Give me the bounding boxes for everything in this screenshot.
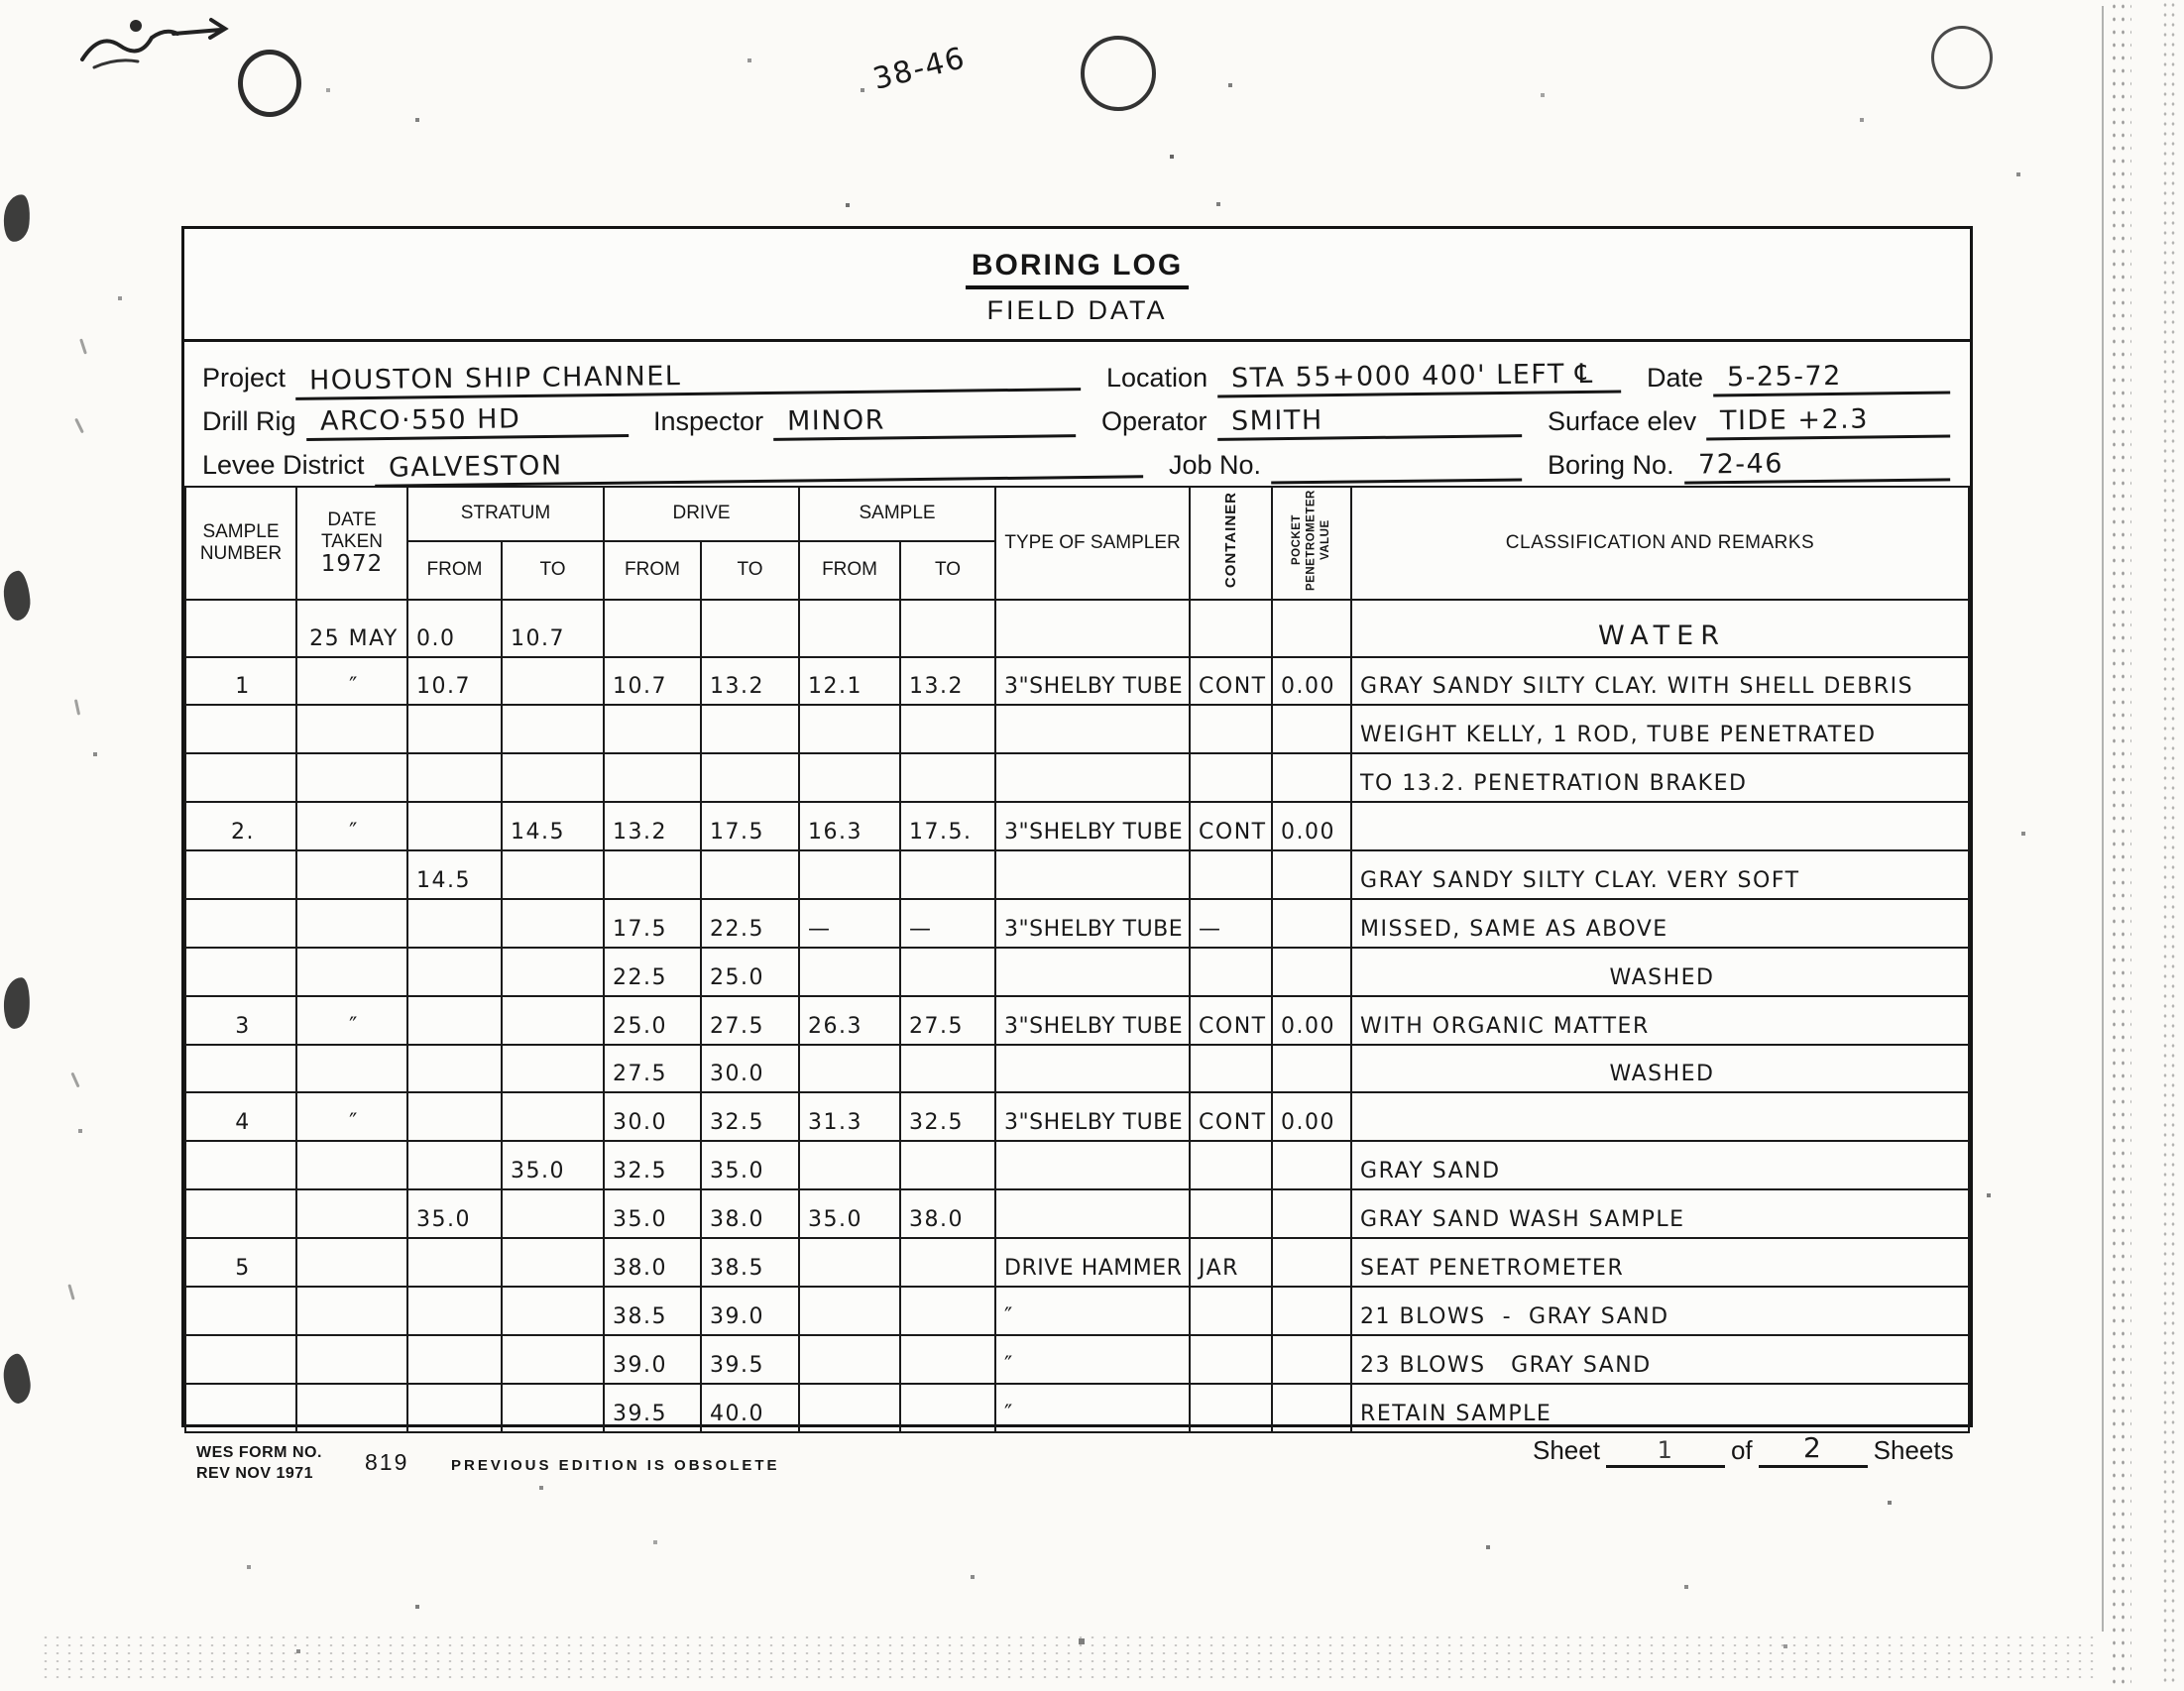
wes-form-no-line1: WES FORM NO.: [196, 1443, 322, 1464]
cell-sample-from: 26.3: [799, 996, 900, 1045]
cell-sample-from: [799, 705, 900, 753]
cell-container: CONT: [1190, 1092, 1272, 1141]
cell-date-taken: [296, 1238, 407, 1287]
cell-drive-to: 39.0: [701, 1287, 799, 1335]
cell-penetrometer-value: [1272, 1287, 1351, 1335]
cell-sample-to: 38.0: [900, 1189, 995, 1238]
cell-penetrometer-value: [1272, 600, 1351, 657]
operator-label: Operator: [1101, 406, 1217, 439]
boring-no-value: 72-46: [1683, 447, 1950, 484]
cell-stratum-to: [502, 705, 604, 753]
cell-stratum-to: 35.0: [502, 1141, 604, 1189]
cell-drive-to: 27.5: [701, 996, 799, 1045]
cell-stratum-to: [502, 1045, 604, 1093]
cell-sampler-type: ″: [995, 1384, 1190, 1432]
hole-punch-ring: [238, 50, 301, 117]
location-label: Location: [1106, 363, 1217, 395]
cell-sample-number: 3: [185, 996, 296, 1045]
cell-container: [1190, 600, 1272, 657]
cell-sample-from: —: [799, 899, 900, 948]
cell-penetrometer-value: 0.00: [1272, 996, 1351, 1045]
cell-sample-to: 13.2: [900, 657, 995, 706]
cell-stratum-to: [502, 899, 604, 948]
title-block: BORING LOG FIELD DATA: [184, 229, 1970, 342]
cell-container: [1190, 705, 1272, 753]
cell-sample-to: [900, 850, 995, 899]
header-stratum: STRATUM: [407, 487, 604, 541]
cell-date-taken: [296, 705, 407, 753]
header-container: CONTAINER: [1190, 487, 1272, 600]
cell-sample-number: [185, 600, 296, 657]
cell-container: [1190, 1335, 1272, 1384]
cell-penetrometer-value: [1272, 1384, 1351, 1432]
cell-sampler-type: DRIVE HAMMER: [995, 1238, 1190, 1287]
cell-drive-to: 30.0: [701, 1045, 799, 1093]
cell-penetrometer-value: [1272, 850, 1351, 899]
levee-district-field: Levee District GALVESTON: [202, 449, 1169, 483]
date-taken-label: DATE TAKEN: [321, 509, 383, 552]
cell-remarks: MISSED, SAME AS ABOVE: [1351, 899, 1969, 948]
scanned-boring-log-page: { "page": { "corner_note": "38-46" }, "f…: [0, 0, 2184, 1691]
cell-date-taken: [296, 1287, 407, 1335]
cell-penetrometer-value: [1272, 705, 1351, 753]
pocket-penetrometer-label: POCKET PENETROMETER VALUE: [1290, 489, 1332, 592]
handwritten-corner-note: 38-46: [869, 41, 969, 97]
margin-mark: [67, 1284, 74, 1299]
cell-date-taken: [296, 1335, 407, 1384]
job-no-field: Job No.: [1169, 449, 1548, 483]
cell-container: CONT: [1190, 657, 1272, 706]
cell-sampler-type: [995, 850, 1190, 899]
cell-sampler-type: ″: [995, 1287, 1190, 1335]
margin-mark: [74, 418, 84, 434]
header-stratum-from: FROM: [407, 541, 502, 600]
cell-stratum-to: [502, 1092, 604, 1141]
cell-drive-to: 32.5: [701, 1092, 799, 1141]
cell-stratum-from: [407, 753, 502, 802]
cell-sampler-type: [995, 1045, 1190, 1093]
cell-sample-from: [799, 948, 900, 996]
cell-date-taken: [296, 1141, 407, 1189]
cell-sample-from: 12.1: [799, 657, 900, 706]
cell-drive-to: 35.0: [701, 1141, 799, 1189]
cell-sample-from: 16.3: [799, 802, 900, 850]
cell-stratum-to: [502, 753, 604, 802]
table-row: 27.530.0WASHED: [185, 1045, 1969, 1093]
sheet-total-value: 2: [1759, 1431, 1868, 1468]
cell-sample-number: [185, 1045, 296, 1093]
cell-stratum-to: [502, 996, 604, 1045]
cell-drive-from: [604, 753, 701, 802]
cell-remarks: 21 BLOWS - GRAY SAND: [1351, 1287, 1969, 1335]
cell-drive-to: 39.5: [701, 1335, 799, 1384]
form-number: 819: [365, 1449, 408, 1476]
cell-sampler-type: [995, 1189, 1190, 1238]
margin-mark: [74, 699, 80, 715]
cell-stratum-to: 14.5: [502, 802, 604, 850]
cell-sample-number: [185, 899, 296, 948]
header-sample-to: TO: [900, 541, 995, 600]
cell-remarks: WASHED: [1351, 948, 1969, 996]
cell-sample-number: 4: [185, 1092, 296, 1141]
cell-date-taken: [296, 899, 407, 948]
cell-remarks: WASHED: [1351, 1045, 1969, 1093]
cell-sample-number: [185, 1141, 296, 1189]
cell-sample-number: [185, 1287, 296, 1335]
margin-mark: [79, 338, 87, 354]
cell-sample-number: [185, 705, 296, 753]
levee-district-value: GALVESTON: [374, 444, 1143, 487]
cell-stratum-from: [407, 948, 502, 996]
cell-drive-from: 27.5: [604, 1045, 701, 1093]
cell-drive-from: [604, 600, 701, 657]
header-stratum-to: TO: [502, 541, 604, 600]
cell-sampler-type: 3"SHELBY TUBE: [995, 996, 1190, 1045]
cell-container: [1190, 1045, 1272, 1093]
cell-stratum-from: 14.5: [407, 850, 502, 899]
sheets-label: Sheets: [1868, 1435, 1960, 1468]
date-label: Date: [1647, 363, 1713, 395]
header-sample: SAMPLE: [799, 487, 995, 541]
cell-sample-from: [799, 850, 900, 899]
sheet-label: Sheet: [1527, 1435, 1606, 1468]
cell-stratum-from: [407, 1287, 502, 1335]
cell-container: [1190, 1189, 1272, 1238]
cell-drive-from: [604, 705, 701, 753]
cell-remarks: TO 13.2. PENETRATION BRAKED: [1351, 753, 1969, 802]
cell-stratum-from: [407, 1238, 502, 1287]
cell-drive-to: 25.0: [701, 948, 799, 996]
cell-container: JAR: [1190, 1238, 1272, 1287]
cell-remarks: GRAY SANDY SILTY CLAY. VERY SOFT: [1351, 850, 1969, 899]
cell-drive-from: 17.5: [604, 899, 701, 948]
drill-rig-field: Drill Rig ARCO·550 HD: [202, 405, 653, 439]
drill-rig-value: ARCO·550 HD: [305, 403, 628, 441]
cell-drive-to: [701, 600, 799, 657]
binder-mark: [2, 976, 32, 1030]
surface-elev-value: TIDE +2.3: [1706, 403, 1950, 440]
inspector-value: MINOR: [773, 403, 1076, 441]
date-taken-year: 1972: [298, 551, 405, 577]
cell-date-taken: ″: [296, 657, 407, 706]
cell-container: [1190, 948, 1272, 996]
header-classification: CLASSIFICATION AND REMARKS: [1351, 487, 1969, 600]
cell-remarks: [1351, 802, 1969, 850]
cell-sample-from: [799, 1238, 900, 1287]
cell-stratum-to: [502, 1335, 604, 1384]
cell-penetrometer-value: 0.00: [1272, 657, 1351, 706]
cell-sample-to: [900, 705, 995, 753]
hole-punch-ring: [1081, 36, 1156, 111]
edge-dots-far-right: [2161, 0, 2179, 1685]
cell-penetrometer-value: [1272, 899, 1351, 948]
cell-drive-from: 30.0: [604, 1092, 701, 1141]
page-edge-line: [2102, 6, 2104, 1632]
cell-date-taken: ″: [296, 802, 407, 850]
form-title: BORING LOG: [966, 249, 1189, 289]
header-drive-from: FROM: [604, 541, 701, 600]
cell-container: CONT: [1190, 996, 1272, 1045]
cell-penetrometer-value: [1272, 753, 1351, 802]
table-row: TO 13.2. PENETRATION BRAKED: [185, 753, 1969, 802]
cell-stratum-to: [502, 948, 604, 996]
cell-drive-from: 35.0: [604, 1189, 701, 1238]
sheet-current-value: 1: [1606, 1436, 1725, 1468]
cell-drive-from: 39.0: [604, 1335, 701, 1384]
cell-drive-from: 38.5: [604, 1287, 701, 1335]
cell-drive-to: [701, 850, 799, 899]
cell-sample-number: 5: [185, 1238, 296, 1287]
cell-sample-number: [185, 948, 296, 996]
binder-mark: [2, 570, 32, 621]
cell-sample-to: [900, 1141, 995, 1189]
cell-sample-to: 17.5.: [900, 802, 995, 850]
hole-punch-ring: [1931, 26, 1993, 89]
cell-penetrometer-value: [1272, 948, 1351, 996]
cell-sampler-type: 3"SHELBY TUBE: [995, 899, 1190, 948]
cell-drive-to: 40.0: [701, 1384, 799, 1432]
header-sample-from: FROM: [799, 541, 900, 600]
cell-remarks: SEAT PENETROMETER: [1351, 1238, 1969, 1287]
cell-penetrometer-value: [1272, 1335, 1351, 1384]
table-row: 14.5GRAY SANDY SILTY CLAY. VERY SOFT: [185, 850, 1969, 899]
cell-penetrometer-value: [1272, 1045, 1351, 1093]
cell-remarks: RETAIN SAMPLE: [1351, 1384, 1969, 1432]
cell-remarks: GRAY SANDY SILTY CLAY. WITH SHELL DEBRIS: [1351, 657, 1969, 706]
boring-log-form: BORING LOG FIELD DATA Project HOUSTON SH…: [181, 226, 1973, 1427]
cell-penetrometer-value: [1272, 1238, 1351, 1287]
cell-sample-number: [185, 1189, 296, 1238]
cell-container: [1190, 753, 1272, 802]
cell-sampler-type: [995, 600, 1190, 657]
cell-stratum-from: 35.0: [407, 1189, 502, 1238]
header-type-of-sampler: TYPE OF SAMPLER: [995, 487, 1190, 600]
cell-sample-from: [799, 1384, 900, 1432]
header-date-taken: DATE TAKEN 1972: [296, 487, 407, 600]
cell-date-taken: 25 MAY: [296, 600, 407, 657]
cell-sample-number: [185, 753, 296, 802]
cell-stratum-from: [407, 802, 502, 850]
cell-sample-from: [799, 753, 900, 802]
project-label: Project: [202, 363, 295, 395]
cell-sample-to: [900, 1287, 995, 1335]
date-value: 5-25-72: [1713, 361, 1950, 397]
edge-dots-right: [2110, 0, 2131, 1685]
cell-sampler-type: 3"SHELBY TUBE: [995, 657, 1190, 706]
cell-remarks: WATER: [1351, 600, 1969, 657]
table-row: 35.035.038.035.038.0GRAY SAND WASH SAMPL…: [185, 1189, 1969, 1238]
cell-container: [1190, 1384, 1272, 1432]
of-label: of: [1725, 1435, 1759, 1468]
margin-mark: [70, 1072, 79, 1088]
cell-stratum-from: [407, 996, 502, 1045]
table-row: 38.539.0″21 BLOWS - GRAY SAND: [185, 1287, 1969, 1335]
boring-no-field: Boring No. 72-46: [1548, 449, 1950, 483]
cell-date-taken: ″: [296, 1092, 407, 1141]
operator-field: Operator SMITH: [1101, 405, 1548, 439]
log-table-body: 25 MAY0.010.7WATER1″10.710.713.212.113.2…: [185, 600, 1969, 1432]
cell-stratum-to: [502, 1238, 604, 1287]
cell-drive-to: 22.5: [701, 899, 799, 948]
wes-form-number-block: WES FORM NO. REV NOV 1971: [196, 1443, 322, 1485]
table-row: 25 MAY0.010.7WATER: [185, 600, 1969, 657]
cell-sampler-type: 3"SHELBY TUBE: [995, 1092, 1190, 1141]
operator-value: SMITH: [1216, 403, 1522, 441]
cell-stratum-from: [407, 1045, 502, 1093]
cell-date-taken: [296, 753, 407, 802]
cell-container: [1190, 850, 1272, 899]
job-no-value: [1271, 447, 1522, 484]
cell-remarks: WITH ORGANIC MATTER: [1351, 996, 1969, 1045]
cell-container: —: [1190, 899, 1272, 948]
surface-elev-field: Surface elev TIDE +2.3: [1548, 405, 1950, 439]
cell-sample-from: [799, 1045, 900, 1093]
cell-drive-to: 17.5: [701, 802, 799, 850]
cell-sample-from: [799, 1287, 900, 1335]
paper-speckles: [0, 0, 2, 2]
cell-penetrometer-value: 0.00: [1272, 802, 1351, 850]
table-row: 39.039.5″23 BLOWS GRAY SAND: [185, 1335, 1969, 1384]
cell-sample-number: 2.: [185, 802, 296, 850]
cell-stratum-to: 10.7: [502, 600, 604, 657]
cell-sample-from: 35.0: [799, 1189, 900, 1238]
cell-remarks: GRAY SAND: [1351, 1141, 1969, 1189]
cell-sample-to: [900, 1335, 995, 1384]
cell-drive-from: 25.0: [604, 996, 701, 1045]
cell-stratum-from: 0.0: [407, 600, 502, 657]
table-row: 35.032.535.0GRAY SAND: [185, 1141, 1969, 1189]
cell-stratum-from: [407, 1141, 502, 1189]
cell-remarks: GRAY SAND WASH SAMPLE: [1351, 1189, 1969, 1238]
cell-stratum-to: [502, 1189, 604, 1238]
table-row: 3″25.027.526.327.53"SHELBY TUBECONT0.00W…: [185, 996, 1969, 1045]
wes-form-no-line2: REV NOV 1971: [196, 1464, 322, 1485]
cell-sampler-type: 3"SHELBY TUBE: [995, 802, 1190, 850]
location-field: Location STA 55+000 400' LEFT ℄: [1106, 362, 1647, 395]
cell-remarks: WEIGHT KELLY, 1 ROD, TUBE PENETRATED: [1351, 705, 1969, 753]
table-row: 2.″14.513.217.516.317.5.3"SHELBY TUBECON…: [185, 802, 1969, 850]
inspector-field: Inspector MINOR: [653, 405, 1101, 439]
header-pocket-penetrometer: POCKET PENETROMETER VALUE: [1272, 487, 1351, 600]
cell-sample-to: [900, 1384, 995, 1432]
levee-district-label: Levee District: [202, 450, 375, 483]
binder-mark: [1, 1353, 33, 1406]
cell-date-taken: [296, 1189, 407, 1238]
cell-sample-from: [799, 1335, 900, 1384]
date-field: Date 5-25-72: [1647, 362, 1950, 395]
cell-stratum-from: [407, 705, 502, 753]
cell-sample-to: [900, 1238, 995, 1287]
container-label: CONTAINER: [1222, 492, 1239, 588]
cell-sampler-type: [995, 705, 1190, 753]
surface-elev-label: Surface elev: [1548, 406, 1706, 439]
cell-date-taken: [296, 1045, 407, 1093]
cell-stratum-from: [407, 1384, 502, 1432]
obsolete-note: PREVIOUS EDITION IS OBSOLETE: [451, 1457, 780, 1474]
cell-penetrometer-value: [1272, 1141, 1351, 1189]
project-value: HOUSTON SHIP CHANNEL: [295, 357, 1081, 400]
cell-penetrometer-value: [1272, 1189, 1351, 1238]
cell-date-taken: [296, 948, 407, 996]
pen-scribble-icon: [74, 8, 248, 87]
boring-no-label: Boring No.: [1548, 450, 1684, 483]
cell-stratum-to: [502, 850, 604, 899]
cell-stratum-from: [407, 1092, 502, 1141]
cell-sample-to: [900, 1045, 995, 1093]
table-row: 39.540.0″RETAIN SAMPLE: [185, 1384, 1969, 1432]
cell-remarks: 23 BLOWS GRAY SAND: [1351, 1335, 1969, 1384]
project-field: Project HOUSTON SHIP CHANNEL: [202, 362, 1106, 395]
cell-stratum-from: [407, 1335, 502, 1384]
inspector-label: Inspector: [653, 406, 773, 439]
cell-sample-to: 32.5: [900, 1092, 995, 1141]
header-drive: DRIVE: [604, 487, 799, 541]
cell-sample-from: [799, 1141, 900, 1189]
sheet-count-line: Sheet 1 of 2 Sheets: [1527, 1431, 1960, 1468]
edge-dots-bottom: [40, 1634, 2102, 1679]
header-drive-to: TO: [701, 541, 799, 600]
cell-drive-from: 39.5: [604, 1384, 701, 1432]
cell-date-taken: ″: [296, 996, 407, 1045]
cell-sample-number: [185, 850, 296, 899]
cell-sample-to: —: [900, 899, 995, 948]
cell-stratum-to: [502, 1384, 604, 1432]
cell-container: CONT: [1190, 802, 1272, 850]
cell-drive-to: [701, 753, 799, 802]
boring-log-table: SAMPLE NUMBER DATE TAKEN 1972 STRATUM DR…: [184, 486, 1970, 1433]
table-row: 538.038.5DRIVE HAMMERJARSEAT PENETROMETE…: [185, 1238, 1969, 1287]
cell-sample-to: 27.5: [900, 996, 995, 1045]
cell-drive-to: 38.0: [701, 1189, 799, 1238]
binder-mark: [2, 193, 33, 243]
cell-sampler-type: [995, 753, 1190, 802]
table-row: 22.525.0WASHED: [185, 948, 1969, 996]
cell-sample-to: [900, 600, 995, 657]
cell-sample-from: [799, 600, 900, 657]
info-block: Project HOUSTON SHIP CHANNEL Location ST…: [184, 342, 1970, 486]
cell-stratum-from: [407, 899, 502, 948]
cell-drive-to: [701, 705, 799, 753]
cell-sample-to: [900, 753, 995, 802]
cell-container: [1190, 1287, 1272, 1335]
cell-drive-to: 13.2: [701, 657, 799, 706]
cell-sample-number: [185, 1335, 296, 1384]
table-row: WEIGHT KELLY, 1 ROD, TUBE PENETRATED: [185, 705, 1969, 753]
table-row: 4″30.032.531.332.53"SHELBY TUBECONT0.00: [185, 1092, 1969, 1141]
cell-stratum-to: [502, 657, 604, 706]
cell-sample-number: 1: [185, 657, 296, 706]
cell-stratum-to: [502, 1287, 604, 1335]
cell-date-taken: [296, 1384, 407, 1432]
cell-container: [1190, 1141, 1272, 1189]
form-subtitle: FIELD DATA: [184, 295, 1970, 326]
cell-sample-from: 31.3: [799, 1092, 900, 1141]
cell-sampler-type: [995, 1141, 1190, 1189]
cell-drive-from: 10.7: [604, 657, 701, 706]
cell-drive-from: 13.2: [604, 802, 701, 850]
cell-sample-to: [900, 948, 995, 996]
job-no-label: Job No.: [1169, 450, 1271, 483]
location-value: STA 55+000 400' LEFT ℄: [1217, 360, 1621, 398]
cell-remarks: [1351, 1092, 1969, 1141]
drill-rig-label: Drill Rig: [202, 406, 306, 439]
table-row: 1″10.710.713.212.113.23"SHELBY TUBECONT0…: [185, 657, 1969, 706]
cell-penetrometer-value: 0.00: [1272, 1092, 1351, 1141]
cell-drive-from: 22.5: [604, 948, 701, 996]
cell-drive-from: 38.0: [604, 1238, 701, 1287]
table-row: 17.522.5——3"SHELBY TUBE—MISSED, SAME AS …: [185, 899, 1969, 948]
cell-stratum-from: 10.7: [407, 657, 502, 706]
